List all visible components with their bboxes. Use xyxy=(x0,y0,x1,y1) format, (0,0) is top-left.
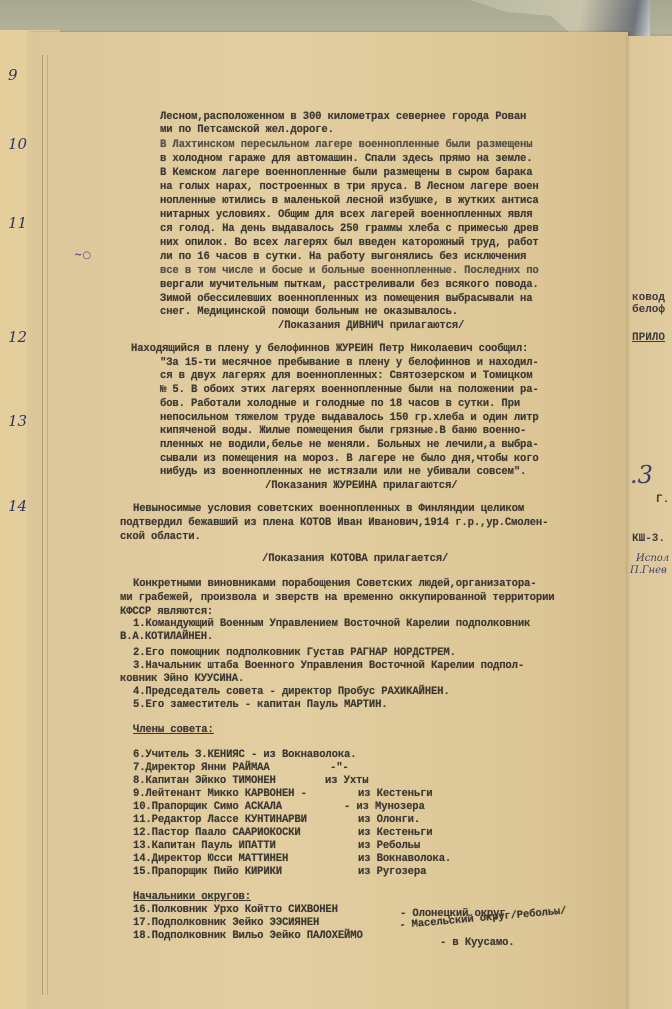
handwritten-note: П.Гнев xyxy=(630,565,667,576)
pen-mark-icon: ~○ xyxy=(74,250,91,261)
text-line: в холодном гараже для автомашин. Спали з… xyxy=(160,153,532,166)
list-item-place: из Вокнаволока. xyxy=(358,853,451,866)
list-item: 6.Учитель З.КЕНИЯС - из Вокнаволока. xyxy=(133,749,356,762)
adjacent-page: ковод белоф ПРИЛО .3 Г. КШ-3. Испол П.Гн… xyxy=(626,36,672,1009)
text-line: кипяченой воды. Жилые помещения были гря… xyxy=(160,425,526,438)
margin-number: 10 xyxy=(8,135,27,153)
text-line: В Лахтинском пересыльном лагере военнопл… xyxy=(160,139,532,152)
text-line: подтвердил бежавший из плена КОТОВ Иван … xyxy=(120,517,548,530)
list-item-place: из Ухты xyxy=(325,775,368,788)
text-line: В Кемском лагере военнопленные были разм… xyxy=(160,167,532,180)
list-item: 5.Его заместитель - капитан Пауль МАРТИН… xyxy=(133,699,388,712)
list-item-place: из Кестеньги xyxy=(358,827,433,840)
attachment-note: /Показания ЖУРЕИНА прилагаются/ xyxy=(265,480,457,493)
text-line: № 5. В обоих этих лагерях военнопленные … xyxy=(160,384,539,397)
margin-number: 9 xyxy=(8,66,18,84)
adjacent-text: Г. xyxy=(656,494,669,506)
text-line: снег. Медицинской помощи больным не оказ… xyxy=(160,306,458,319)
text-line: "За 15-ти месячное пребывание в плену у … xyxy=(160,357,539,370)
list-item: 11.Редактор Лассе КУНТИНАРВИ xyxy=(133,814,307,827)
list-item: 1.Командующий Военным Управлением Восточ… xyxy=(133,618,530,631)
list-item: 13.Капитан Пауль ИПАТТИ xyxy=(133,840,276,853)
list-item: 10.Прапорщик Симо АСКАЛА xyxy=(133,801,282,814)
list-item: 3.Начальник штаба Военного Управления Во… xyxy=(133,660,524,673)
list-item-place: из Кестеньги xyxy=(358,788,433,801)
text-line: ся голод. На день выдавалось 250 граммы … xyxy=(160,223,539,236)
list-item: 15.Прапорщик Пийо КИРИКИ xyxy=(133,866,282,879)
list-item-place: - в Куусамо. xyxy=(440,937,515,950)
text-line: непосильном тяжелом труде выдавалось 150… xyxy=(160,412,539,425)
adjacent-heading: ПРИЛО xyxy=(632,332,665,344)
list-item: 14.Директор Юсси МАТТИНЕН xyxy=(133,853,288,866)
text-line: ли по 16 часов в сутки. На работу выгоня… xyxy=(160,251,526,264)
list-item: 12.Пастор Паало СААРИОКОСКИ xyxy=(133,827,301,840)
text-line: Конкретными виновниками порабощения Сове… xyxy=(133,578,536,591)
text-line: нибудь из военнопленных не истязали или … xyxy=(160,466,526,479)
list-item: 9.Лейтенант Микко КАРВОНЕН - xyxy=(133,788,307,801)
text-line: ся в двух лагерях для военнопленных: Свя… xyxy=(160,370,532,383)
adjacent-text: ковод xyxy=(632,292,665,304)
text-line: нитарных условиях. Общим для всех лагере… xyxy=(160,209,532,222)
handwritten-note: Испол xyxy=(636,553,669,564)
list-item: ковник Эйно КУУСИНА. xyxy=(120,673,244,686)
text-line: бов. Работали холодные и голодные по 18 … xyxy=(160,398,520,411)
list-item: В.А.КОТИЛАЙНЕН. xyxy=(120,631,213,644)
attachment-note: /Показания ДИВНИЧ прилагаются/ xyxy=(278,320,464,333)
list-item: 2.Его помощник подполковник Густав РАГНА… xyxy=(133,647,456,660)
list-item-place: - из Мунозера xyxy=(344,801,425,814)
list-item-place: из Олонги. xyxy=(358,814,420,827)
attachment-note: /Показания КОТОВА прилагается/ xyxy=(262,553,448,566)
list-item-place: из Ребольы xyxy=(358,840,420,853)
section-heading: Члены совета: xyxy=(133,724,214,737)
adjacent-text: белоф xyxy=(632,304,665,316)
list-item: 7.Директор Янни РАЙМАА xyxy=(133,762,270,775)
text-line: Зимой обессилевших военнопленных из поме… xyxy=(160,293,532,306)
text-line: ми грабежей, произвола и зверств на врем… xyxy=(120,592,555,605)
text-line: вергали мучительным пыткам, расстреливал… xyxy=(160,279,539,292)
list-item: 16.Полковник Урхо Койтто СИХВОНЕН xyxy=(133,904,338,917)
text-line: все в том числе и босые и больные военно… xyxy=(160,265,539,278)
page-fold-line xyxy=(42,55,48,995)
adjacent-text: КШ-3. xyxy=(632,533,665,545)
list-item-place: из Ругозера xyxy=(358,866,426,879)
text-line: ми по Петсамской жел.дороге. xyxy=(160,124,334,137)
list-item: 4.Председатель совета - директор Пробус … xyxy=(133,686,450,699)
text-line: Находящийся в плену у белофиннов ЖУРЕИН … xyxy=(131,343,528,356)
text-line: на голых нарах, построенных в три яруса.… xyxy=(160,181,539,194)
text-line: Невыносимые условия советских военноплен… xyxy=(133,503,524,516)
text-line: сывали из помещения на мороз. В лагере н… xyxy=(160,453,539,466)
handwritten-number: .3 xyxy=(630,461,653,489)
text-line: нопленные ютились в маленькой лесной изб… xyxy=(160,195,539,208)
text-line: пленных не водили,белье не меняли. Больн… xyxy=(160,439,539,452)
list-item: 17.Подполковник Эейко ЭЭСИЯНЕН xyxy=(133,917,319,930)
text-line: ской области. xyxy=(120,531,201,544)
text-line: Лесном,расположенном в 300 километрах се… xyxy=(160,111,526,124)
section-heading: Начальники округов: xyxy=(133,891,251,904)
list-item-place: -"- xyxy=(330,762,349,775)
text-line: них опилок. Во всех лагерях был введен к… xyxy=(160,237,539,250)
list-item: 18.Подполковник Вильо Эейко ПАЛОХЕЙМО xyxy=(133,930,363,943)
list-item: 8.Капитан Эйкко ТИМОНЕН xyxy=(133,775,276,788)
